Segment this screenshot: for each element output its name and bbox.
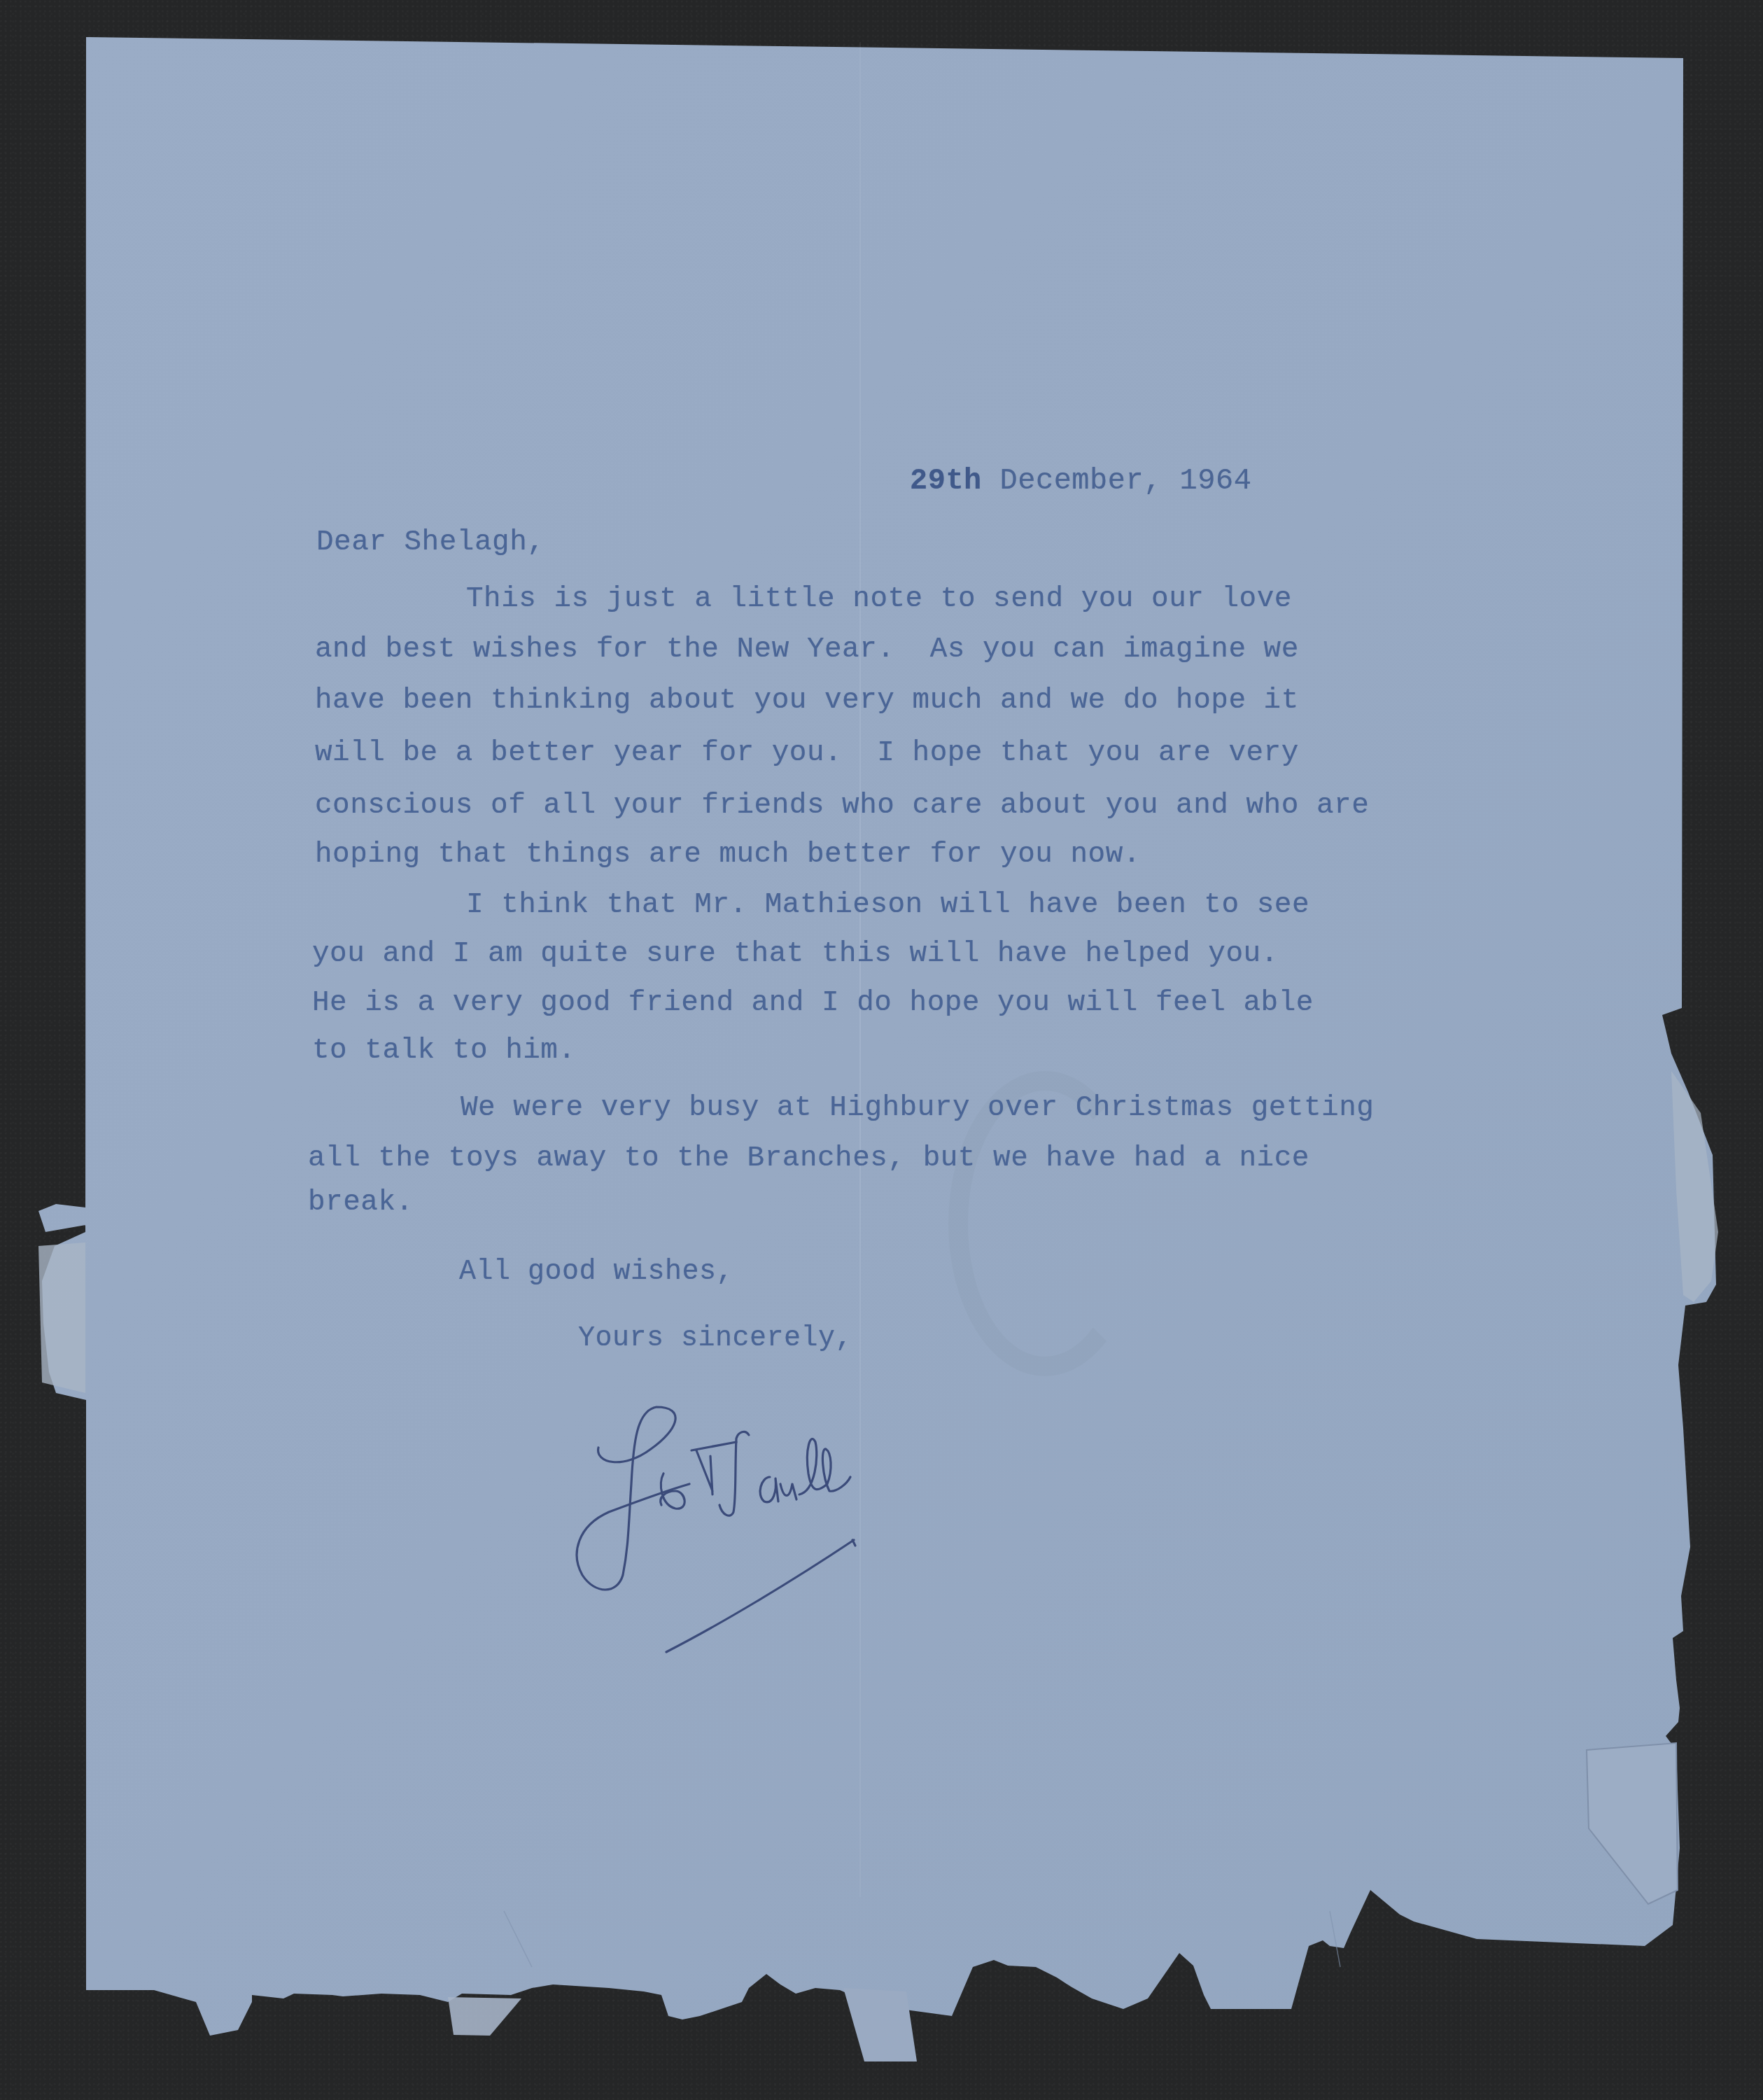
paragraph-1-line-4: will be a better year for you. I hope th… (315, 737, 1299, 769)
paragraph-1-line-1: This is just a little note to send you o… (466, 583, 1292, 615)
closing-yours-sincerely: Yours sincerely, (578, 1323, 852, 1354)
letter-date: 29th December, 1964 (910, 464, 1251, 498)
paragraph-1-line-2: and best wishes for the New Year. As you… (315, 633, 1299, 666)
paragraph-3-line-3: break. (308, 1186, 414, 1219)
date-rest: December, 1964 (982, 464, 1252, 498)
paragraph-3-line-1: We were very busy at Highbury over Chris… (461, 1092, 1374, 1124)
paragraph-2-line-1: I think that Mr. Mathieson will have bee… (466, 889, 1309, 921)
closing-all-good-wishes: All good wishes, (459, 1256, 733, 1288)
salutation: Dear Shelagh, (316, 526, 545, 559)
paragraph-1-line-5: conscious of all your friends who care a… (315, 790, 1369, 822)
paragraph-2-line-4: to talk to him. (312, 1035, 576, 1067)
handwritten-signature (539, 1372, 903, 1666)
paragraph-1-line-6: hoping that things are much better for y… (315, 839, 1141, 871)
date-ordinal: 29th (910, 464, 982, 498)
paragraph-2-line-2: you and I am quite sure that this will h… (312, 938, 1279, 970)
paragraph-3-line-2: all the toys away to the Branches, but w… (308, 1142, 1309, 1175)
paragraph-1-line-3: have been thinking about you very much a… (315, 685, 1299, 717)
letter-body: 29th December, 1964 Dear Shelagh, This i… (0, 0, 1763, 2100)
paragraph-2-line-3: He is a very good friend and I do hope y… (312, 987, 1314, 1019)
